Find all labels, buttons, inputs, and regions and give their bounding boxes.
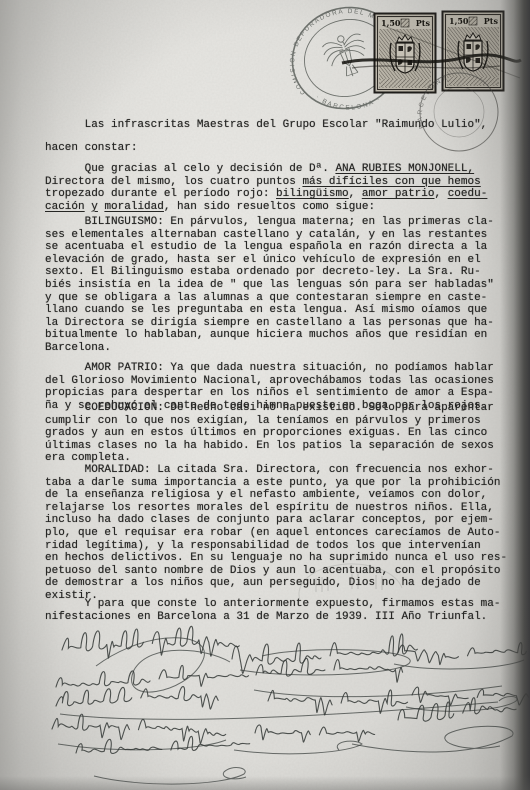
document-page: 1,50 Pts: [0, 0, 530, 790]
signature-rosalia-repoll-s-flourish: [234, 741, 362, 754]
signature-celia-sensat-y-coll: Celia Sensat y Coll: [76, 736, 259, 784]
signature-m-teresa-carmona: Mª Teresa Carmona: [254, 658, 502, 696]
signature-m-teresa-carmona-flourish: [254, 686, 502, 697]
signature-m-de-los-angeles-mansi-n: Mª de los Angeles Mansión: [56, 665, 258, 687]
signature-felisa-solan: Felisa Solan: [232, 634, 426, 675]
signatures-area: Leonor ReigFelisa SolanMargarita Cortade…: [0, 0, 530, 790]
signature-dolores-soler: Dolores Soler: [268, 690, 417, 715]
signature-celia-sensat-y-coll-flourish: [94, 768, 246, 785]
signature-rosa-pons: Rosa Pons: [352, 698, 525, 752]
signature-margarita-cortadellas: Margarita Cortadellas: [394, 643, 530, 669]
signature-rosa-pons-flourish: [352, 726, 513, 752]
signature-leonor-reig: Leonor Reig: [62, 626, 248, 692]
signature-josefa-coronas-flourish: [406, 696, 517, 711]
signature-rosalia-repoll-s: Rosalia Repollés: [234, 725, 384, 754]
signature-margarita-cortadellas-flourish: [394, 660, 524, 669]
